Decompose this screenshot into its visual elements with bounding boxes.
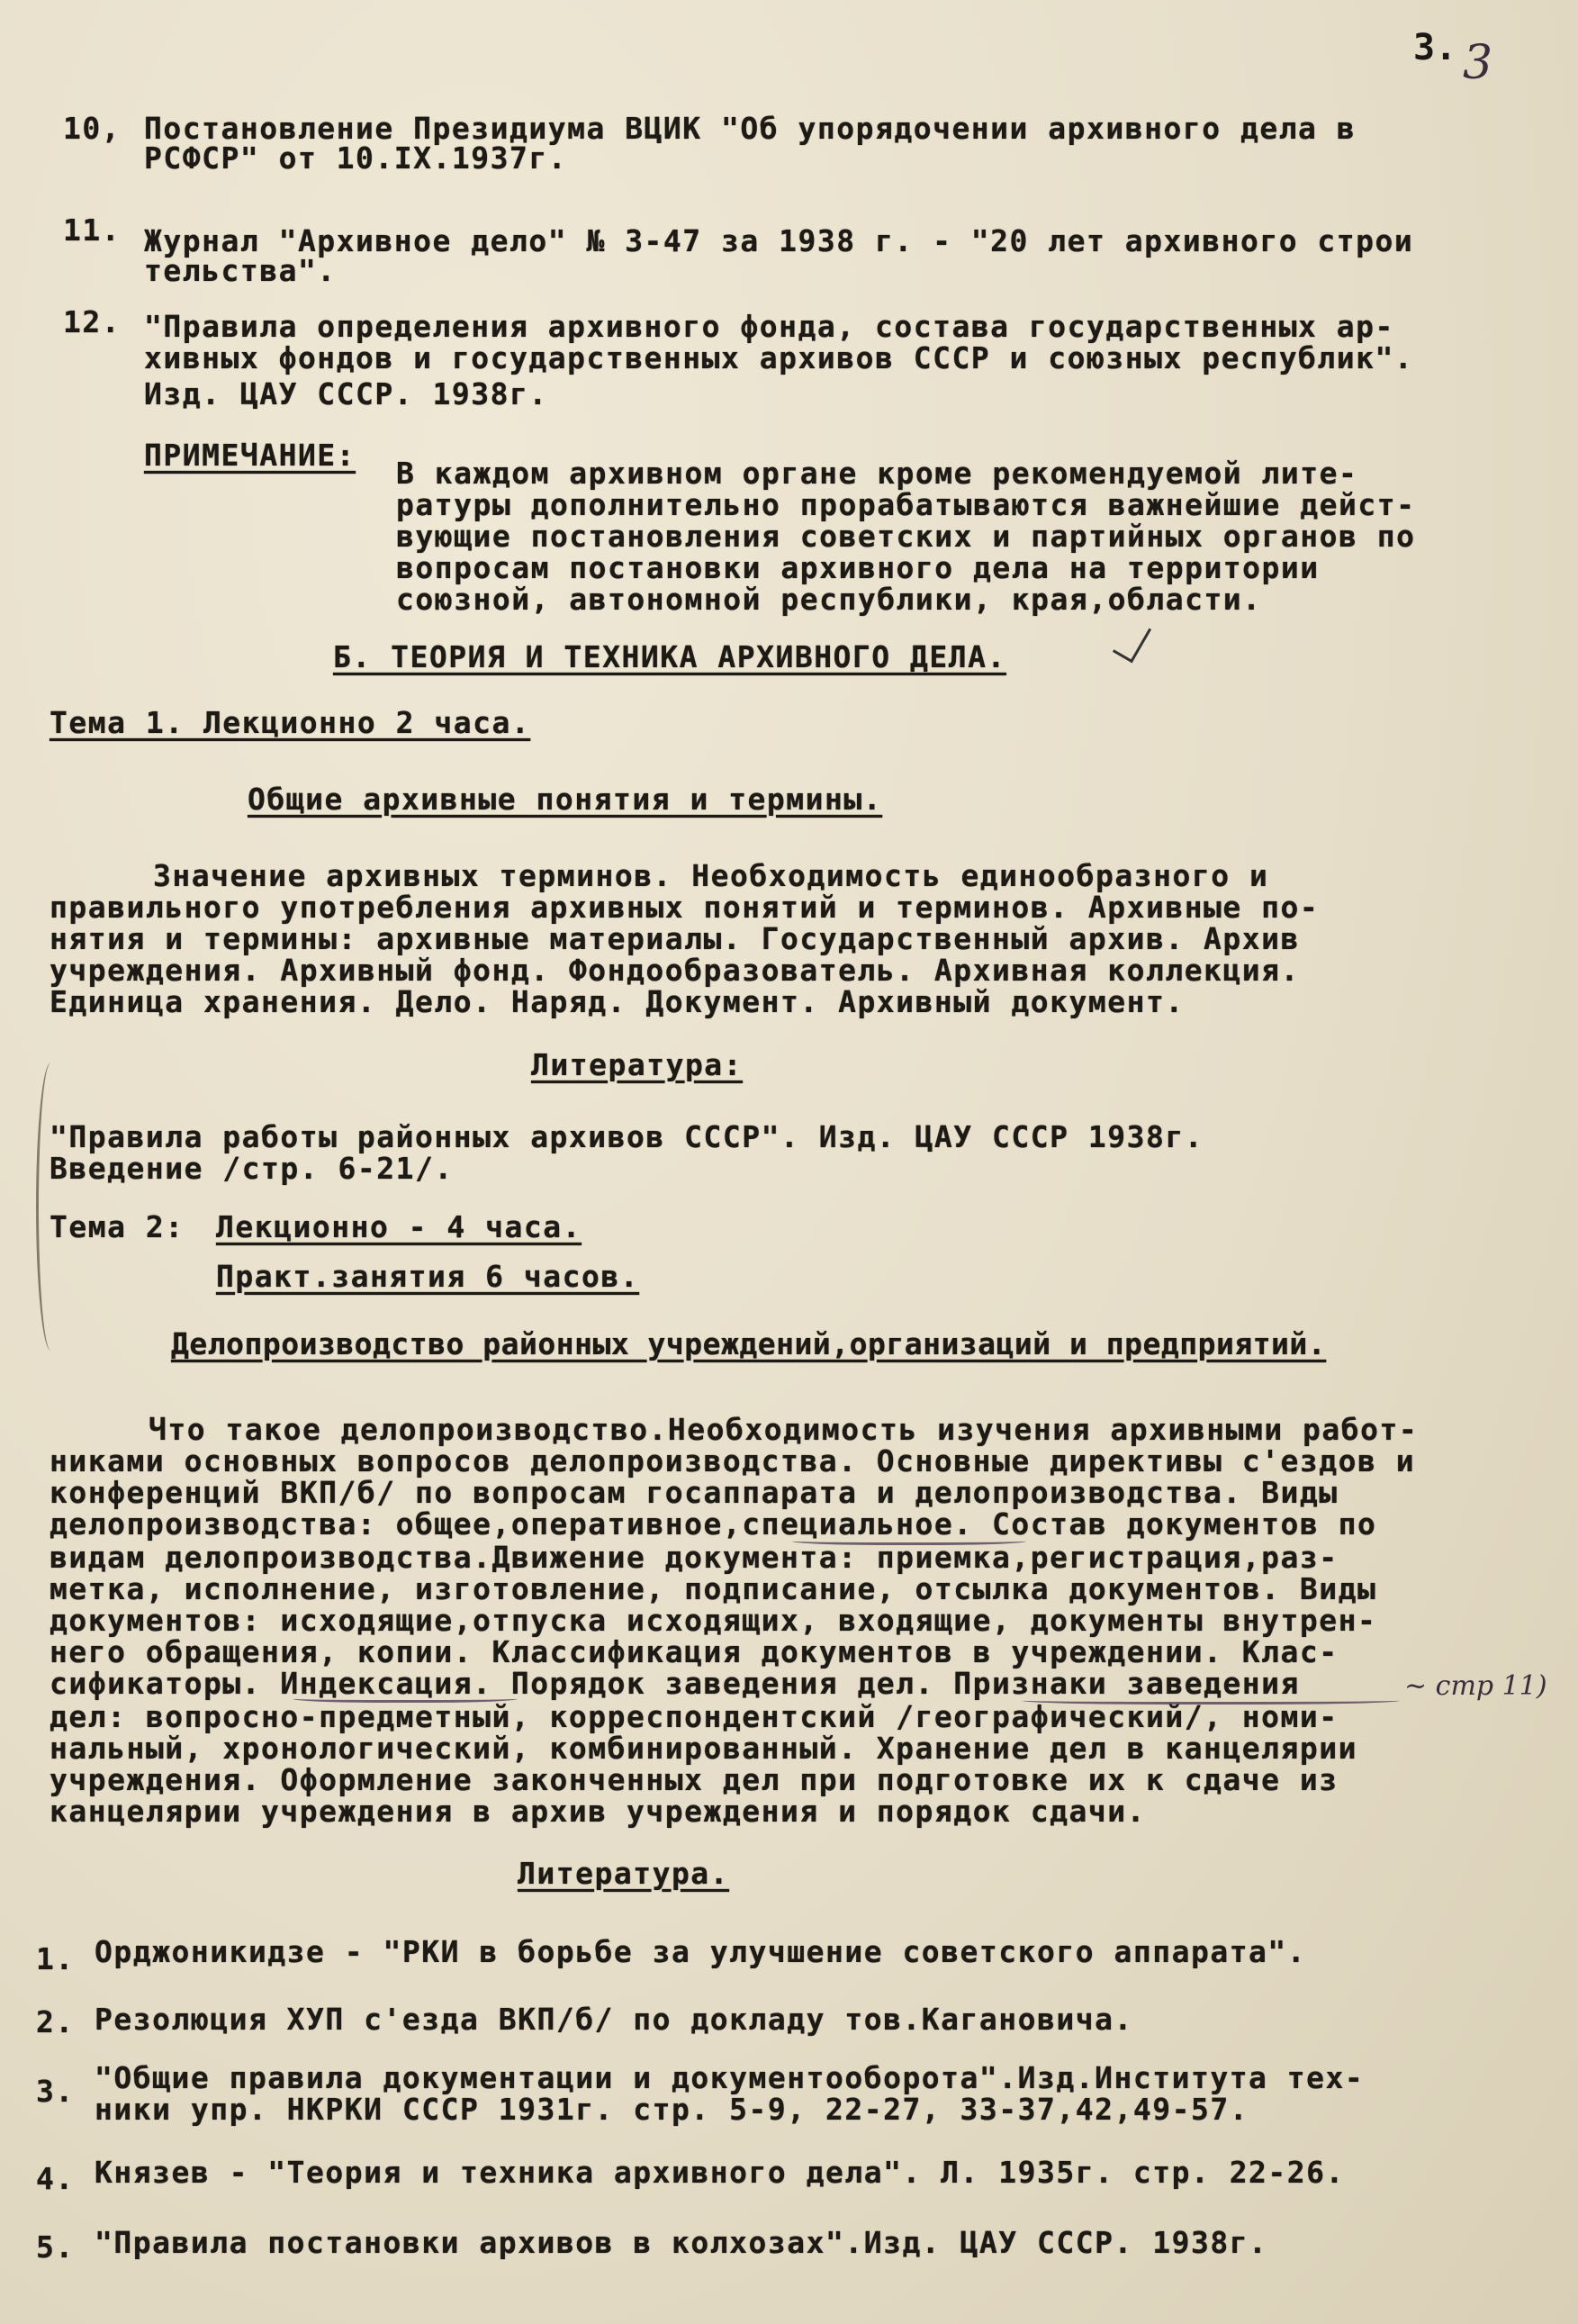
document-page: 3. 3 10, Постановление Президиума ВЦИК "…: [0, 0, 1578, 2324]
topic2-title: Делопроизводство районных учреждений,орг…: [171, 1328, 1326, 1361]
note-line2: ратуры дополнительно прорабатываются важ…: [396, 489, 1416, 521]
topic2-body-line1: Что такое делопроизводство.Необходимость…: [149, 1414, 1418, 1446]
source-10-number: 10,: [63, 113, 121, 145]
lit-2-number: 2.: [36, 2006, 75, 2039]
topic2-header-practice: Практ.занятия 6 часов.: [216, 1261, 639, 1293]
topic2-body-line8: него обращения, копии. Классификация док…: [50, 1636, 1339, 1668]
source-12-line3: Изд. ЦАУ СССР. 1938г.: [144, 378, 548, 411]
section-title: Б. ТЕОРИЯ И ТЕХНИКА АРХИВНОГО ДЕЛА.: [333, 641, 1006, 674]
note-line1: В каждом архивном органе кроме рекоменду…: [396, 457, 1357, 490]
topic2-body-line11: нальный, хронологический, комбинированны…: [50, 1732, 1357, 1765]
handwritten-page-number: 3: [1463, 36, 1492, 90]
lit-1-line1: Орджоникидзе - "РКИ в борьбе за улучшени…: [95, 1936, 1306, 1968]
pencil-underline: [792, 1535, 1026, 1545]
note-label: ПРИМЕЧАНИЕ:: [144, 439, 356, 472]
source-12-number: 12.: [63, 306, 121, 339]
topic2-body-line6: метка, исполнение, изготовление, подписа…: [50, 1573, 1376, 1605]
pencil-underline: [293, 1693, 518, 1703]
topic1-header: Тема 1. Лекционно 2 часа.: [50, 707, 530, 739]
topic2-body-line4: делопроизводства: общее,оперативное,спец…: [50, 1508, 1376, 1541]
topic2-body-line5: видам делопроизводства.Движение документ…: [50, 1542, 1339, 1574]
topic1-body-line2: правильного употребления архивных поняти…: [50, 891, 1319, 924]
topic2-header-lecture: Лекционно - 4 часа.: [216, 1211, 582, 1243]
lit-4-line1: Князев - "Теория и техника архивного дел…: [95, 2157, 1345, 2189]
lit-5-number: 5.: [36, 2231, 75, 2264]
source-11-number: 11.: [63, 214, 121, 247]
source-10-line2: РСФСР" от 10.IX.1937г.: [144, 142, 567, 175]
binding-string: [36, 1063, 66, 1351]
pencil-underline: [1022, 1695, 1400, 1705]
lit-1-number: 1.: [36, 1943, 75, 1976]
topic2-header-prefix: Тема 2:: [50, 1211, 185, 1243]
topic1-body-line5: Единица хранения. Дело. Наряд. Документ.…: [50, 986, 1185, 1018]
topic2-body-line7: документов: исходящие,отпуска исходящих,…: [50, 1605, 1376, 1637]
lit-3-line2: ники упр. НКРКИ СССР 1931г. стр. 5-9, 22…: [95, 2093, 1249, 2126]
topic1-body-line1: Значение архивных терминов. Необходимост…: [153, 860, 1268, 892]
topic2-body-line3: конференций ВКП/б/ по вопросам госаппара…: [50, 1477, 1339, 1509]
source-12-line2: хивных фондов и государственных архивов …: [144, 342, 1413, 375]
topic2-body-line12: учреждения. Оформление законченных дел п…: [50, 1764, 1339, 1796]
topic1-literature-title: Литература:: [531, 1049, 743, 1081]
margin-note: ~ стр 11): [1404, 1670, 1547, 1702]
lit-3-line1: "Общие правила документации и документоо…: [95, 2062, 1364, 2094]
checkmark-icon: [1113, 619, 1151, 664]
source-11-line2: тельства".: [144, 255, 337, 287]
note-line5: союзной, автономной республики, края,обл…: [396, 583, 1262, 616]
topic1-literature-line2: Введение /стр. 6-21/.: [50, 1153, 454, 1185]
page-number: 3.: [1413, 27, 1456, 68]
note-line3: вующие постановления советских и партийн…: [396, 520, 1416, 553]
topic1-literature-line1: "Правила работы районных архивов СССР". …: [50, 1121, 1204, 1153]
topic2-body-line13: канцелярии учреждения в архив учреждения…: [50, 1795, 1146, 1828]
topic2-body-line10: дел: вопросно-предметный, корреспондентс…: [50, 1701, 1339, 1733]
lit-3-number: 3.: [36, 2075, 75, 2108]
topic2-body-line2: никами основных вопросов делопроизводств…: [50, 1445, 1415, 1478]
source-12-line1: "Правила определения архивного фонда, со…: [144, 311, 1394, 343]
note-line4: вопросам постановки архивного дела на те…: [396, 552, 1320, 584]
topic1-body-line3: нятия и термины: архивные материалы. Гос…: [50, 923, 1300, 955]
lit-2-line1: Резолюция ХУП с'езда ВКП/б/ по докладу т…: [95, 2003, 1133, 2036]
topic2-literature-title: Литература.: [518, 1858, 729, 1890]
lit-5-line1: "Правила постановки архивов в колхозах".…: [95, 2227, 1267, 2259]
topic1-title: Общие архивные понятия и термины.: [248, 783, 882, 816]
lit-4-number: 4.: [36, 2163, 75, 2195]
topic1-body-line4: учреждения. Архивный фонд. Фондообразова…: [50, 954, 1300, 987]
